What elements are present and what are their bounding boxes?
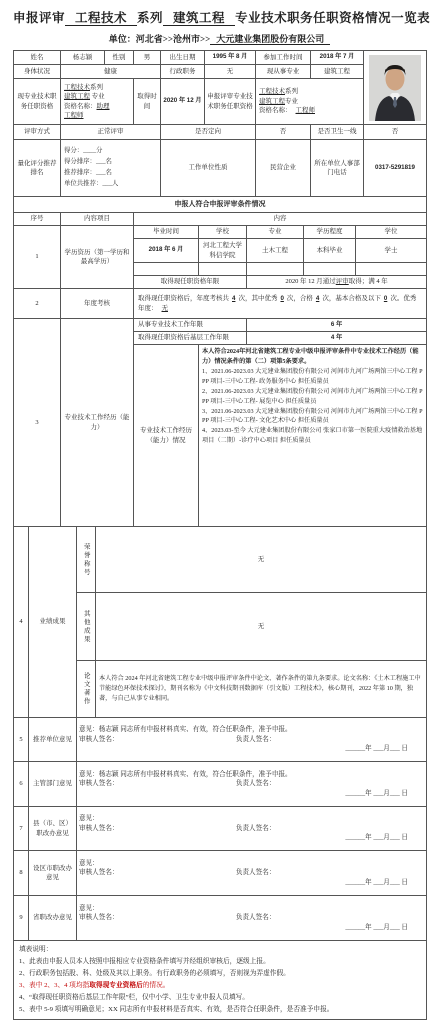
opinion-row8-no: 8	[14, 851, 29, 896]
exp-row-label: 专业技术工作经历（能力）	[61, 319, 134, 527]
reviewer-sign-label: 审核人签名：	[79, 779, 119, 789]
opinion-row7-cell: 意见： 审核人签名：负责人签名： ______年 ___月___ 日	[77, 807, 427, 851]
opinion-row6-cell: 意见：杨志颖 同志所有申报材料真实、有效，符合任职条件，准予申报。 审核人签名：…	[77, 762, 427, 807]
acquire-time-label: 取得时间	[134, 79, 161, 125]
edu-empty-3	[247, 263, 304, 276]
exp-detail-content: 本人符合2024年河北省建筑工程专业中级申报评审条件中专业技术工作经历（能力）情…	[199, 345, 427, 527]
title-series-value: 工程技术	[65, 11, 137, 26]
form-notes: 填表说明： 1、此表由申报人员本人按照申报相应专业资格条件填写并经组织审核后，逐…	[14, 941, 427, 1020]
current-qual-name-part2: 工程师	[64, 112, 84, 119]
responsible-sign-label: 负责人签名：	[236, 868, 276, 878]
exp-detail-intro: 本人符合2024年河北省建筑工程专业中级申报评审条件中专业技术工作经历（能力）情…	[202, 347, 423, 367]
note-4: 4、“取得现任职资格后基层工作年限”栏，仅中小学、卫生专业申报人员填写。	[19, 992, 421, 1004]
annual-row-no: 2	[14, 289, 61, 319]
opinion-row5-cell: 意见：杨志颖 同志所有申报材料真实、有效，符合任职条件，准予申报。 审核人签名：…	[77, 718, 427, 762]
opinion-row6-date: ______年 ___月___ 日	[79, 789, 424, 799]
edu-col-degree-level: 学历程度	[304, 226, 356, 239]
note-2: 2、行政职务包括股、科、处级及其以上职务。有行政职务的必须填写，否则视为弄虚作假…	[19, 968, 421, 980]
reviewer-sign-label: 审核人签名：	[79, 913, 119, 923]
reviewer-sign-label: 审核人签名：	[79, 868, 119, 878]
unit-label: 单位：河北省>>沧州市>>	[109, 34, 211, 44]
gender-value: 男	[134, 51, 161, 65]
note-3-seg1: 3、表中 2、3、4 项均指	[19, 982, 89, 989]
title-suffix: 专业技术职务任职资格情况一览表	[235, 11, 430, 25]
responsible-sign-label: 负责人签名：	[236, 735, 276, 745]
current-qual-series-suffix: 系列	[90, 84, 103, 91]
title-prefix: 申报评审	[13, 11, 65, 25]
applicant-photo-graphic	[369, 55, 421, 121]
exp-years2-value: 4 年	[247, 332, 427, 345]
quant-line-recommend-rank: 推荐排序：___名	[64, 168, 157, 179]
achievement-row-no: 4	[14, 527, 29, 718]
paper-label: 论文著作	[77, 661, 96, 718]
current-qual-name-part1: 助理	[97, 103, 110, 110]
basic-info-table: 姓名 杨志颖 性别 男 出生日期 1995 年 8 月 参加工作时间 2018 …	[13, 50, 427, 197]
edu-col-major: 专业	[247, 226, 304, 239]
unit-nature-label: 工作单位性质	[161, 140, 256, 197]
opinion-row9-content: 意见： 审核人签名：负责人签名： ______年 ___月___ 日	[77, 903, 426, 934]
qual-years-seg3: 取得；满 4 年	[349, 278, 388, 285]
exp-years1-label: 从事专业技术工作年限	[134, 319, 247, 332]
responsible-sign-label: 负责人签名：	[236, 824, 276, 834]
apply-qual-major-suffix: 专业	[285, 98, 298, 105]
opinion-row9-cell: 意见： 审核人签名：负责人签名： ______年 ___月___ 日	[77, 896, 427, 941]
annual-seg2: 次，其中优秀	[238, 295, 277, 302]
opinion-row8-date: ______年 ___月___ 日	[79, 878, 424, 888]
apply-qual-major: 建筑工程	[259, 98, 285, 105]
notes-title: 填表说明：	[19, 944, 421, 956]
review-mode-label: 评审方式	[14, 125, 61, 140]
edu-school: 河北工程大学科信学院	[199, 239, 247, 263]
current-qual-label: 现专业技术职务任职资格	[14, 79, 61, 125]
opinion-row8-label: 设区市职改办意见	[29, 851, 77, 896]
form-page: 申报评审工程技术系列建筑工程专业技术职务任职资格情况一览表 单位：河北省>>沧州…	[0, 0, 438, 1020]
opinion-row8-content: 意见： 审核人签名：负责人签名： ______年 ___月___ 日	[77, 858, 426, 889]
responsible-sign-label: 负责人签名：	[236, 913, 276, 923]
current-qual-line2: 建筑工程 专业	[64, 92, 130, 101]
health-label: 身体状况	[14, 65, 61, 79]
quant-line-total: 单位共推荐：___人	[64, 179, 157, 190]
quant-score-label: 量化评分推荐排名	[14, 140, 61, 197]
apply-qual-line1: 工程技术系列	[259, 87, 360, 96]
qual-years-seg1: 2020 年 12 月通过	[285, 278, 335, 285]
current-qual-name-label: 资格名称：	[64, 103, 97, 110]
paper-content: 本人符合 2024 年河北省建筑工程专业中级申报评审条件中论文、著作条件的第九条…	[96, 661, 427, 718]
apply-qual-series-suffix: 系列	[285, 88, 298, 95]
qual-years-label: 取得现任职资格年限	[134, 276, 247, 289]
opinion-row8-text: 意见：	[79, 859, 424, 869]
honor-label: 荣誉称号	[77, 527, 96, 593]
edu-empty-1	[134, 263, 199, 276]
health-line-value: 否	[364, 125, 427, 140]
col-item-header: 内容项目	[61, 213, 134, 226]
hr-phone-label: 所在单位人事部门电话	[311, 140, 364, 197]
current-qual-value: 工程技术系列 建筑工程 专业 资格名称：助理 工程师	[61, 79, 134, 125]
opinion-row5-text: 意见：杨志颖 同志所有申报材料真实、有效，符合任职条件，准予申报。	[79, 725, 424, 735]
opinion-row9-text: 意见：	[79, 904, 424, 914]
note-3-seg3: 的情况。	[143, 982, 170, 989]
opinion-row5-signs: 审核人签名：负责人签名：	[79, 735, 424, 745]
name-value: 杨志颖	[61, 51, 105, 65]
apply-qual-label: 申报评审专业技术职务任职资格	[205, 79, 256, 125]
applicant-photo	[369, 55, 421, 121]
opinion-row7-signs: 审核人签名：负责人签名：	[79, 824, 424, 834]
edu-row-label: 学历资历（第一学历和最高学历）	[61, 226, 134, 289]
health-value: 健康	[61, 65, 161, 79]
acquire-time-value: 2020 年 12 月	[161, 79, 205, 125]
unit-nature-value: 民营企业	[256, 140, 311, 197]
work-start-value: 2018 年 7 月	[311, 51, 364, 65]
unit-line: 单位：河北省>>沧州市>>大元建业集团股份有限公司	[13, 32, 426, 45]
annual-seg1: 取得现任职资格后，年度考核共	[138, 295, 229, 302]
note-3-seg2: 取得现专业资格后	[89, 982, 143, 989]
opinion-row9-signs: 审核人签名：负责人签名：	[79, 913, 424, 923]
opinion-row5-label: 推荐单位意见	[29, 718, 77, 762]
quant-line-score: 得分：____分	[64, 146, 157, 157]
apply-qual-line3: 资格名称：工程师	[259, 106, 360, 115]
other-achievement-value: 无	[96, 593, 427, 661]
opinion-row5-no: 5	[14, 718, 29, 762]
edu-degree-level: 本科毕业	[304, 239, 356, 263]
annual-assessment-value: 取得现任职资格后，年度考核共4次，其中优秀0次，合格4次，基本合格及以下0次。优…	[134, 289, 427, 319]
conditions-section-header: 申报人符合申报评审条件情况	[14, 197, 427, 213]
achievement-opinion-table: 4 业绩成果 荣誉称号 无 其他成果 无 论文著作 本人符合 2024 年河北省…	[13, 526, 427, 1020]
directional-label: 是否定向	[161, 125, 256, 140]
col-content-header: 内容	[134, 213, 427, 226]
opinion-row6-content: 意见：杨志颖 同志所有申报材料真实、有效，符合任职条件，准予申报。 审核人签名：…	[77, 769, 426, 800]
edu-col-degree: 学位	[356, 226, 427, 239]
birth-label: 出生日期	[161, 51, 205, 65]
opinion-row7-label: 县（市、区）职改办意见	[29, 807, 77, 851]
exp-years1-value: 6 年	[247, 319, 427, 332]
edu-row-no: 1	[14, 226, 61, 289]
qual-years-value: 2020 年 12 月通过评审取得；满 4 年	[247, 276, 427, 289]
edu-degree: 学士	[356, 239, 427, 263]
birth-value: 1995 年 8 月	[205, 51, 256, 65]
apply-qual-line2: 建筑工程专业	[259, 97, 360, 106]
health-line-label: 是否卫生一线	[311, 125, 364, 140]
work-start-label: 参加工作时间	[256, 51, 311, 65]
opinion-row7-no: 7	[14, 807, 29, 851]
edu-empty-4	[304, 263, 356, 276]
honor-value: 无	[96, 527, 427, 593]
opinion-row6-signs: 审核人签名：负责人签名：	[79, 779, 424, 789]
opinion-row6-label: 主管部门意见	[29, 762, 77, 807]
unit-value: 大元建业集团股份有限公司	[210, 34, 330, 45]
current-qual-line4: 工程师	[64, 111, 130, 120]
gender-label: 性别	[105, 51, 134, 65]
annual-count-excellent: 0	[277, 295, 286, 302]
other-achievement-label: 其他成果	[77, 593, 96, 661]
admin-duty-value: 无	[205, 65, 256, 79]
annual-excellent-years: 无	[158, 305, 173, 312]
opinion-row5-content: 意见：杨志颖 同志所有申报材料真实、有效，符合任职条件，准予申报。 审核人签名：…	[77, 724, 426, 755]
profession-label: 现从事专业	[256, 65, 311, 79]
admin-duty-label: 行政职务	[161, 65, 205, 79]
quant-line-score-rank: 得分排序：___名	[64, 157, 157, 168]
reviewer-sign-label: 审核人签名：	[79, 824, 119, 834]
responsible-sign-label: 负责人签名：	[236, 779, 276, 789]
qual-years-seg2: 评审	[336, 278, 349, 285]
page-title: 申报评审工程技术系列建筑工程专业技术职务任职资格情况一览表	[13, 8, 426, 26]
opinion-row7-content: 意见： 审核人签名：负责人签名： ______年 ___月___ 日	[77, 813, 426, 844]
profession-value: 建筑工程	[311, 65, 364, 79]
title-major-value: 建筑工程	[163, 11, 235, 26]
exp-item-4: 4、2023.03-至今 大元建业集团股份有限公司 张家口市第一医院重大疫情救治…	[202, 426, 423, 446]
opinion-row5-date: ______年 ___月___ 日	[79, 744, 424, 754]
exp-item-1: 1、2021.06-2023.03 大元建业集团股份有限公司 河间市九河广场两馆…	[202, 367, 423, 387]
col-no-header: 序号	[14, 213, 61, 226]
quant-score-value: 得分：____分 得分排序：___名 推荐排序：___名 单位共推荐：___人	[61, 140, 161, 197]
opinion-row7-date: ______年 ___月___ 日	[79, 833, 424, 843]
paper-line1: 本人符合 2024 年河北省建筑工程专业中级申报评审条件中论文、著作条件的第九条…	[99, 675, 343, 682]
exp-row-no: 3	[14, 319, 61, 527]
opinion-row6-no: 6	[14, 762, 29, 807]
edu-major: 土木工程	[247, 239, 304, 263]
annual-seg4: 次，基本合格及以下	[322, 295, 381, 302]
current-qual-major-suffix: 专业	[90, 93, 105, 100]
applicant-photo-cell	[364, 51, 427, 125]
review-mode-value: 正常评审	[61, 125, 161, 140]
opinion-row6-text: 意见：杨志颖 同志所有申报材料真实、有效，符合任职条件，准予申报。	[79, 770, 424, 780]
exp-years2-label: 取得现任职资格后基层工作年限	[134, 332, 247, 345]
opinion-row9-no: 9	[14, 896, 29, 941]
apply-qual-value: 工程技术系列 建筑工程专业 资格名称：工程师	[256, 79, 364, 125]
annual-count-pass: 4	[313, 295, 322, 302]
opinion-row8-signs: 审核人签名：负责人签名：	[79, 868, 424, 878]
reviewer-sign-label: 审核人签名：	[79, 735, 119, 745]
apply-qual-series: 工程技术	[259, 88, 285, 95]
edu-empty-5	[356, 263, 427, 276]
exp-item-2: 2、2021.06-2023.03 大元建业集团股份有限公司 河间市九河广场两馆…	[202, 387, 423, 407]
opinion-row8-cell: 意见： 审核人签名：负责人签名： ______年 ___月___ 日	[77, 851, 427, 896]
apply-qual-name-value: 工程师	[292, 107, 320, 114]
opinion-row9-date: ______年 ___月___ 日	[79, 923, 424, 933]
edu-col-school: 学校	[199, 226, 247, 239]
current-qual-line3: 资格名称：助理	[64, 102, 130, 111]
current-qual-line1: 工程技术系列	[64, 83, 130, 92]
title-mid: 系列	[137, 11, 163, 25]
annual-count-basic: 0	[381, 295, 390, 302]
conditions-table: 申报人符合申报评审条件情况 序号 内容项目 内容 1 学历资历（第一学历和最高学…	[13, 196, 427, 527]
current-qual-series: 工程技术	[64, 84, 90, 91]
opinion-row7-text: 意见：	[79, 814, 424, 824]
annual-seg3: 次，合格	[287, 295, 313, 302]
note-5: 5、表中 5-9 项填写明确意见；XX 同志所有申报材料是否真实、有效，是否符合…	[19, 1004, 421, 1016]
achievement-row-label: 业绩成果	[29, 527, 77, 718]
annual-row-label: 年度考核	[61, 289, 134, 319]
current-qual-major: 建筑工程	[64, 93, 90, 100]
apply-qual-name-label: 资格名称：	[259, 107, 292, 114]
edu-empty-2	[199, 263, 247, 276]
exp-item-3: 3、2021.06-2023.03 大元建业集团股份有限公司 河间市九河广场两馆…	[202, 407, 423, 427]
edu-grad-time: 2018 年 6 月	[134, 239, 199, 263]
edu-col-grad-time: 毕业时间	[134, 226, 199, 239]
name-label: 姓名	[14, 51, 61, 65]
directional-value: 否	[256, 125, 311, 140]
hr-phone-value: 0317-5291819	[364, 140, 427, 197]
opinion-row9-label: 省职改办意见	[29, 896, 77, 941]
note-1: 1、此表由申报人员本人按照申报相应专业资格条件填写并经组织审核后，逐级上报。	[19, 956, 421, 968]
exp-detail-label: 专业技术工作经历（能力）情况	[134, 345, 199, 527]
note-3: 3、表中 2、3、4 项均指取得现专业资格后的情况。	[19, 980, 421, 992]
